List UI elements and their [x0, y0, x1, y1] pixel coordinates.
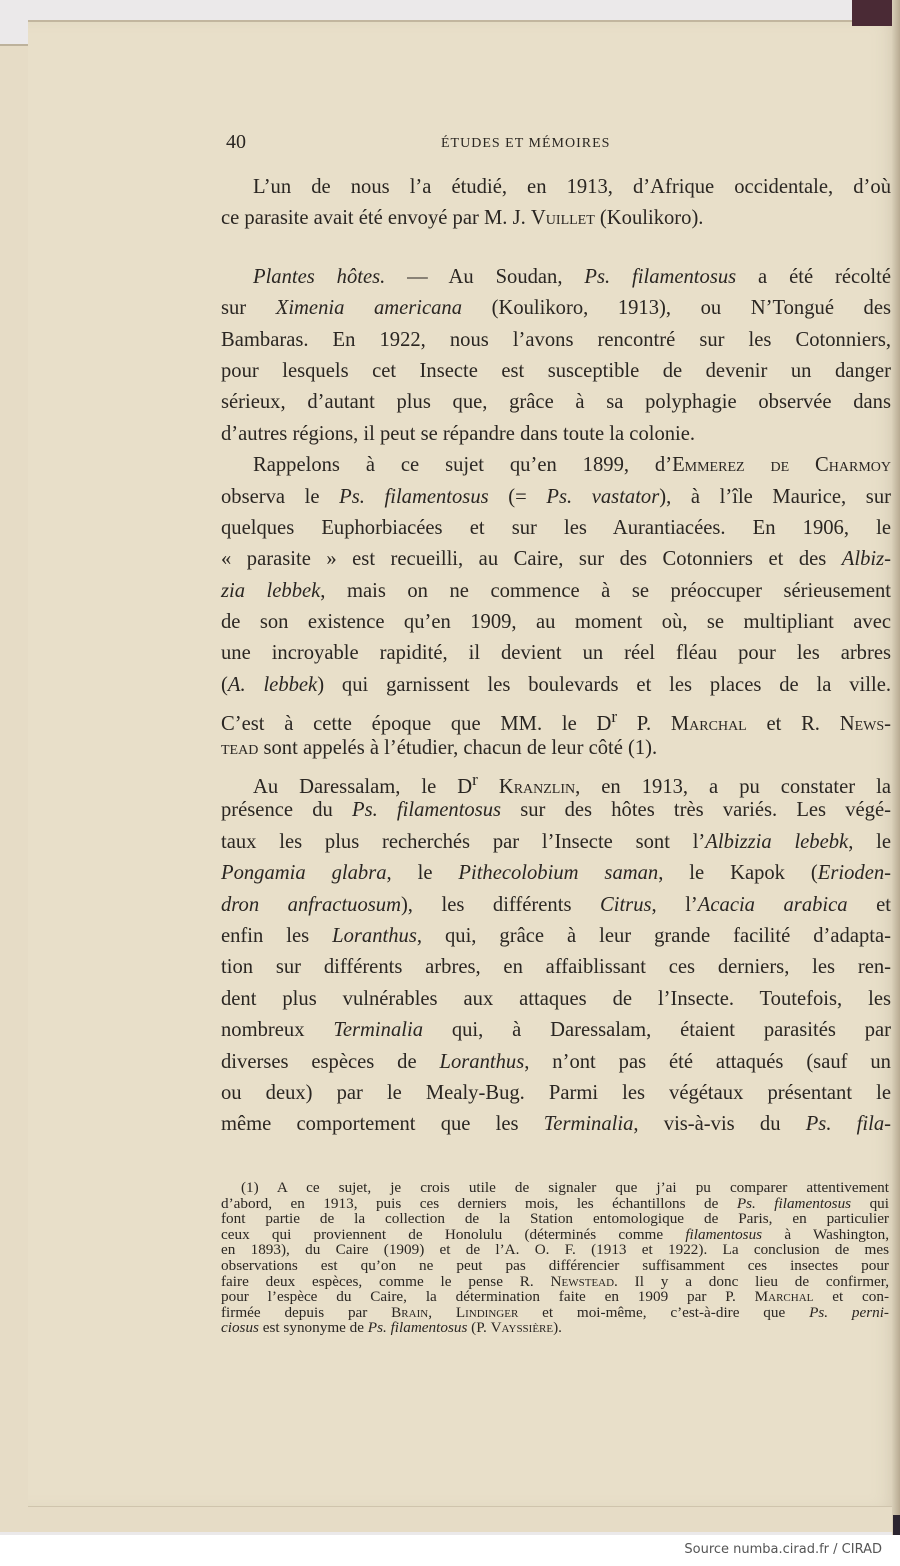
text-line: de son existence qu’en 1909, au moment o…: [221, 607, 891, 638]
footnote-line: d’abord, en 1913, puis ces derniers mois…: [221, 1196, 889, 1212]
binding-corner: [852, 0, 894, 26]
footnote-line: firmée depuis par Brain, Lindinger et mo…: [221, 1305, 889, 1321]
paragraph: Au Daressalam, le Dr Kranzlin, en 1913, …: [221, 764, 891, 1141]
text-line: C’est à cette époque que MM. le Dr P. Ma…: [221, 701, 891, 732]
text-line: d’autres régions, il peut se répandre da…: [221, 419, 891, 450]
paragraph: L’un de nous l’a étudié, en 1913, d’Afri…: [221, 172, 891, 235]
paragraph: Rappelons à ce sujet qu’en 1899, d’Emmer…: [221, 450, 891, 764]
footnote-line: pour l’espèce du Caire, la détermination…: [221, 1289, 889, 1305]
text-line: Bambaras. En 1922, nous l’avons rencontr…: [221, 325, 891, 356]
text-line: Rappelons à ce sujet qu’en 1899, d’Emmer…: [221, 450, 891, 481]
text-line: Au Daressalam, le Dr Kranzlin, en 1913, …: [221, 764, 891, 795]
text-line: Plantes hôtes. — Au Soudan, Ps. filament…: [221, 262, 891, 293]
text-line: quelques Euphorbiacées et sur les Aurant…: [221, 513, 891, 544]
text-line: tion sur différents arbres, en affaiblis…: [221, 952, 891, 983]
source-credit: Source numba.cirad.fr / CIRAD: [684, 1542, 882, 1557]
page-header: 40 ÉTUDES ET MÉMOIRES: [226, 131, 890, 157]
footnote-line: font partie de la collection de la Stati…: [221, 1211, 889, 1227]
text-line: dent plus vulnérables aux attaques de l’…: [221, 984, 891, 1015]
text-line: diverses espèces de Loranthus, n’ont pas…: [221, 1047, 891, 1078]
body-text: L’un de nous l’a étudié, en 1913, d’Afri…: [221, 172, 891, 1141]
text-line: tead sont appelés à l’étudier, chacun de…: [221, 733, 891, 764]
footnote-line: observations est qu’on ne peut pas diffé…: [221, 1258, 889, 1274]
footnote-line: ceux qui proviennent de Honolulu (déterm…: [221, 1227, 889, 1243]
footnote-line: faire deux espèces, comme le pense R. Ne…: [221, 1274, 889, 1290]
text-line: zia lebbek, mais on ne commence à se pré…: [221, 576, 891, 607]
text-line: (A. lebbek) qui garnissent les boulevard…: [221, 670, 891, 701]
text-line: présence du Ps. filamentosus sur des hôt…: [221, 795, 891, 826]
text-line: ce parasite avait été envoyé par M. J. V…: [221, 203, 891, 234]
footnote-line: (1) A ce sujet, je crois utile de signal…: [221, 1180, 889, 1196]
text-line: même comportement que les Terminalia, vi…: [221, 1109, 891, 1140]
footnote-line: en 1893), du Caire (1909) et de l’A. O. …: [221, 1242, 889, 1258]
text-line: nombreux Terminalia qui, à Daressalam, é…: [221, 1015, 891, 1046]
text-line: sérieux, d’autant plus que, grâce à sa p…: [221, 387, 891, 418]
page-number: 40: [226, 131, 246, 154]
text-line: L’un de nous l’a étudié, en 1913, d’Afri…: [221, 172, 891, 203]
footnote: (1) A ce sujet, je crois utile de signal…: [221, 1180, 889, 1336]
running-title: ÉTUDES ET MÉMOIRES: [441, 136, 610, 152]
footnote-line: ciosus est synonyme de Ps. filamentosus …: [221, 1320, 889, 1336]
text-line: enfin les Loranthus, qui, grâce à leur g…: [221, 921, 891, 952]
text-line: Pongamia glabra, le Pithecolobium saman,…: [221, 858, 891, 889]
page-edge-shadow: [892, 0, 900, 1535]
binding-corner-bottom: [893, 1515, 900, 1535]
text-line: sur Ximenia americana (Koulikoro, 1913),…: [221, 293, 891, 324]
text-line: taux les plus recherchés par l’Insecte s…: [221, 827, 891, 858]
text-line: « parasite » est recueilli, au Caire, su…: [221, 544, 891, 575]
text-line: ou deux) par le Mealy-Bug. Parmi les vég…: [221, 1078, 891, 1109]
text-line: pour lesquels cet Insecte est susceptibl…: [221, 356, 891, 387]
paragraph-plantes-hotes: Plantes hôtes. — Au Soudan, Ps. filament…: [221, 262, 891, 450]
text-line: observa le Ps. filamentosus (= Ps. vasta…: [221, 482, 891, 513]
section-heading: Plantes hôtes.: [253, 266, 385, 288]
text-line: dron anfractuosum), les différents Citru…: [221, 890, 891, 921]
text-line: une incroyable rapidité, il devient un r…: [221, 638, 891, 669]
